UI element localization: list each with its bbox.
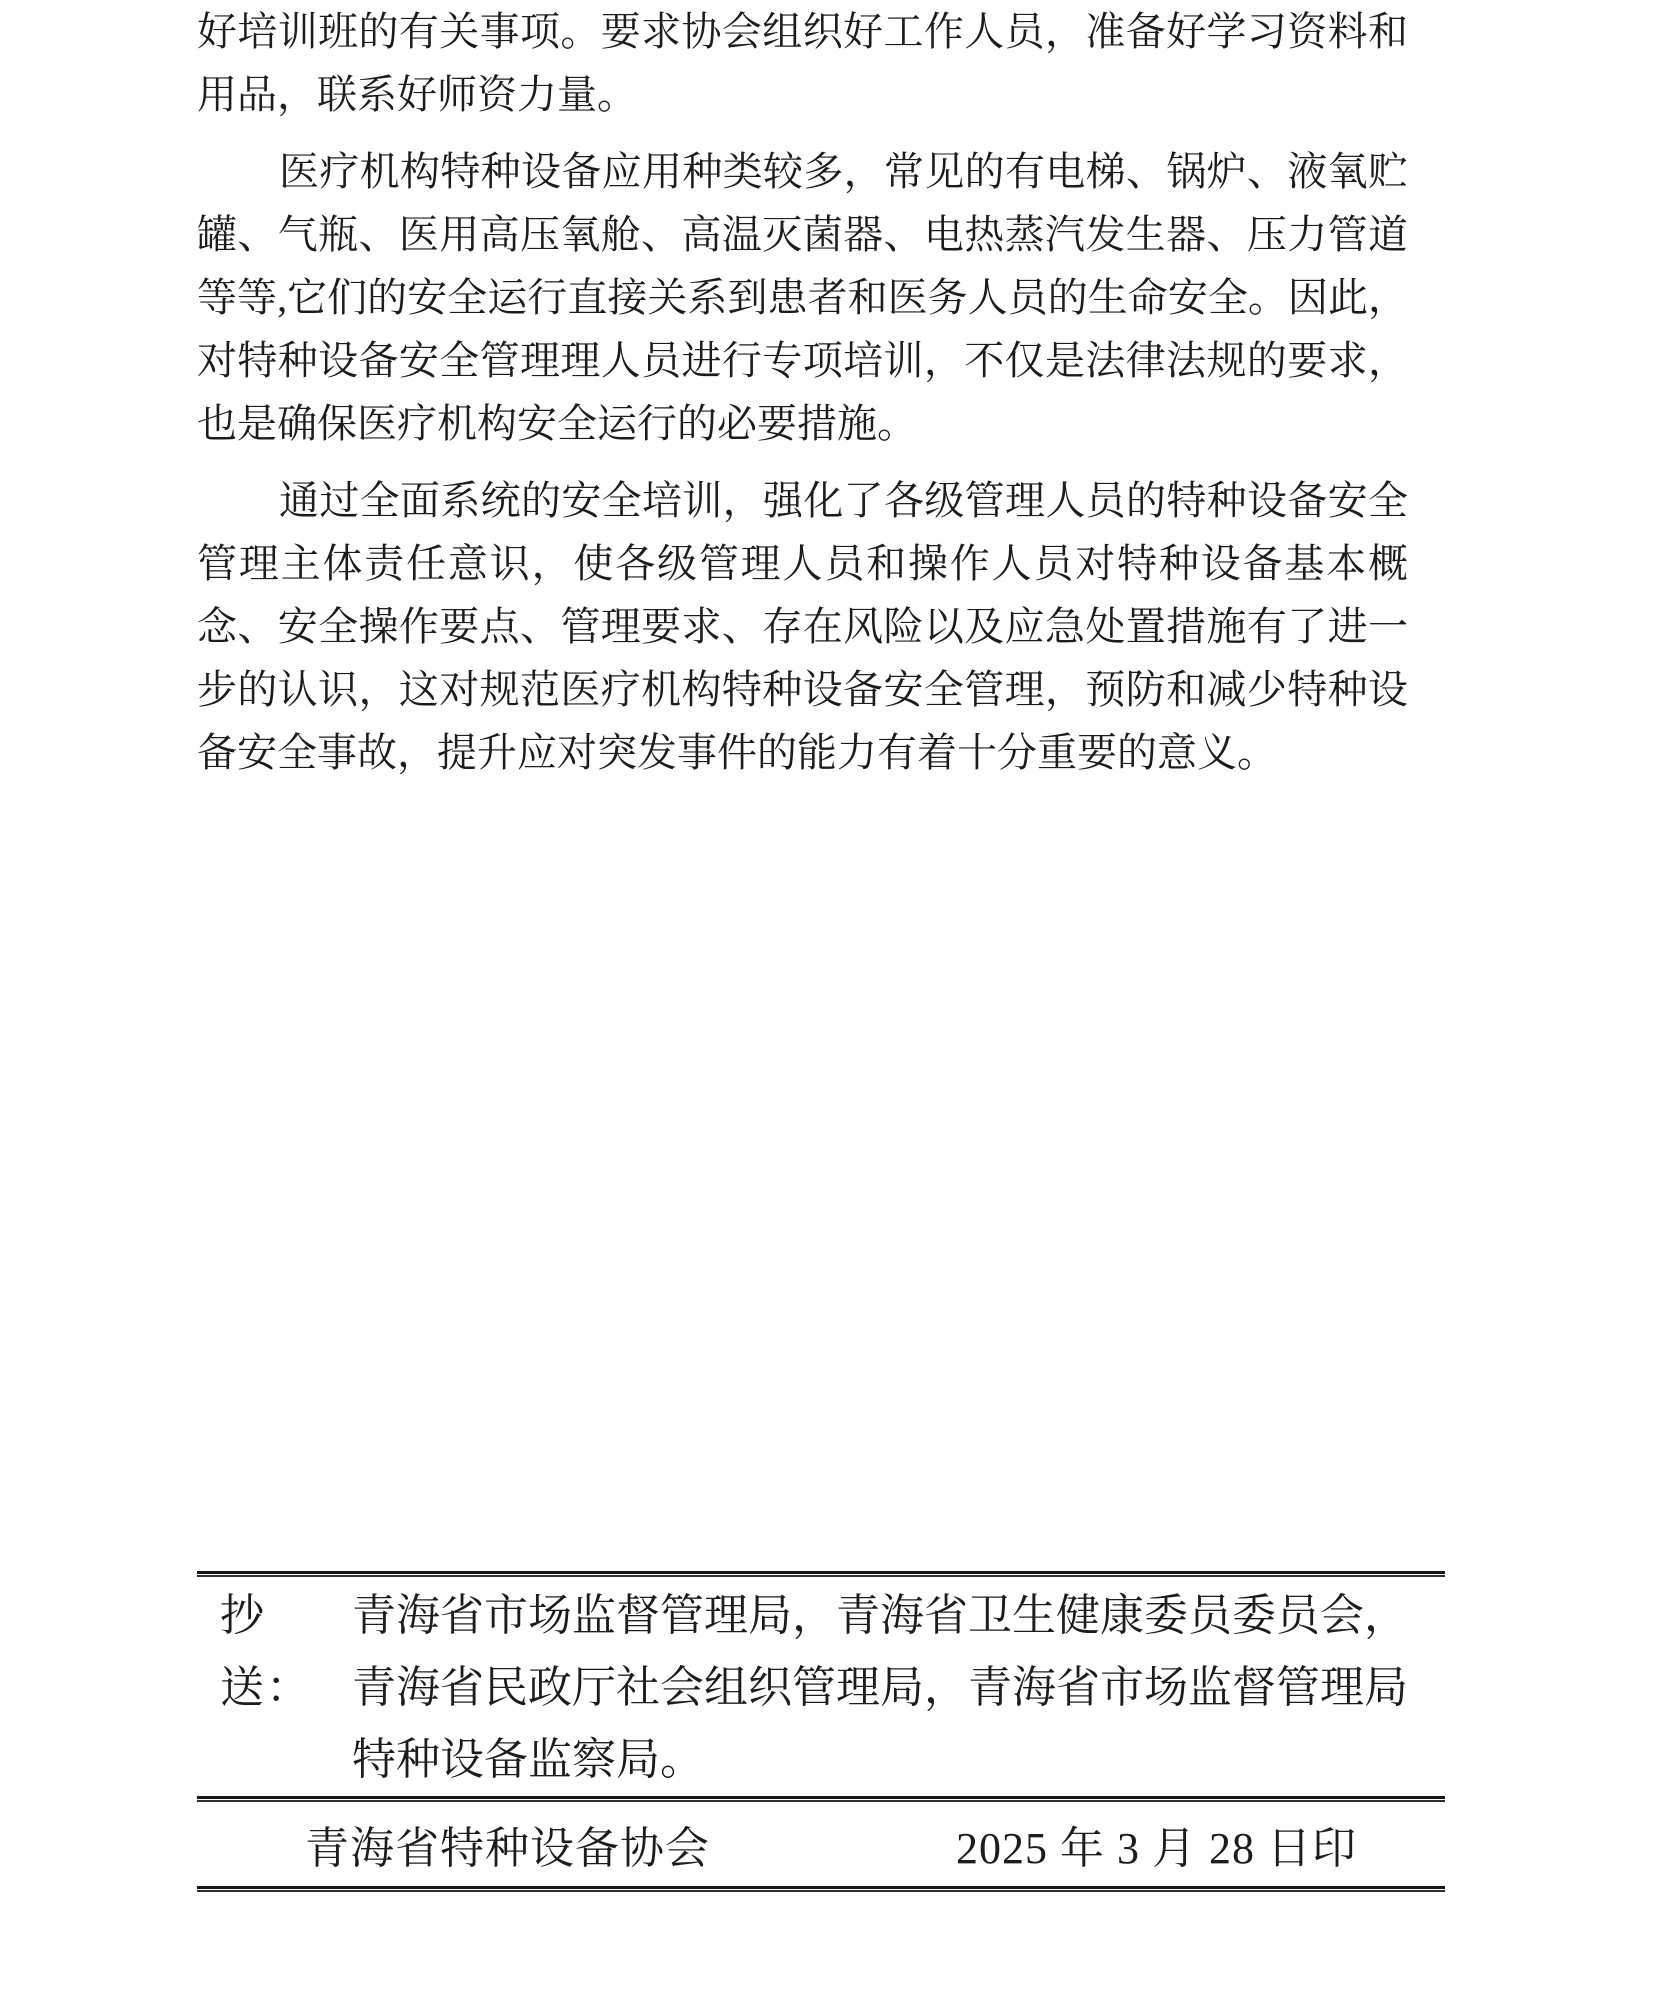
body-line: 好培训班的有关事项。要求协会组织好工作人员，准备好学习资料和 [197,0,1408,63]
document-page: { "page": { "background": "#ffffff", "te… [0,0,1653,1995]
body-line: 备安全事故，提升应对突发事件的能力有着十分重要的意义。 [197,721,1408,784]
separator-rule-top [197,1571,1445,1577]
cc-block: 抄送： 青海省市场监督管理局，青海省卫生健康委员委员会， 青海省民政厅社会组织管… [197,1580,1445,1796]
print-date: 2025 年 3 月 28 日印 [956,1812,1357,1876]
body-line: 等等,它们的安全运行直接关系到患者和医务人员的生命安全。因此， [197,266,1408,329]
body-line: 管理主体责任意识，使各级管理人员和操作人员对特种设备基本概 [197,532,1408,595]
cc-line: 特种设备监察局。 [352,1724,1445,1796]
paragraph-2: 医疗机构特种设备应用种类较多，常见的有电梯、锅炉、液氧贮 罐、气瓶、医用高压氧舱… [197,140,1408,455]
document-footer: 抄送： 青海省市场监督管理局，青海省卫生健康委员委员会， 青海省民政厅社会组织管… [197,1571,1445,1892]
cc-line: 青海省市场监督管理局，青海省卫生健康委员委员会， [352,1580,1445,1652]
paragraph-1: 好培训班的有关事项。要求协会组织好工作人员，准备好学习资料和 用品，联系好师资力… [197,0,1408,126]
issuer-row: 青海省特种设备协会 2025 年 3 月 28 日印 [197,1802,1445,1886]
body-line: 步的认识，这对规范医疗机构特种设备安全管理，预防和减少特种设 [197,658,1408,721]
paragraph-3: 通过全面系统的安全培训，强化了各级管理人员的特种设备安全 管理主体责任意识，使各… [197,469,1408,784]
body-line: 念、安全操作要点、管理要求、存在风险以及应急处置措施有了进一 [197,595,1408,658]
document-body: 好培训班的有关事项。要求协会组织好工作人员，准备好学习资料和 用品，联系好师资力… [197,0,1408,784]
body-line: 医疗机构特种设备应用种类较多，常见的有电梯、锅炉、液氧贮 [197,140,1408,203]
body-line: 通过全面系统的安全培训，强化了各级管理人员的特种设备安全 [197,469,1408,532]
separator-rule-middle [197,1796,1445,1802]
body-line: 罐、气瓶、医用高压氧舱、高温灭菌器、电热蒸汽发生器、压力管道 [197,203,1408,266]
body-line: 也是确保医疗机构安全运行的必要措施。 [197,392,1408,455]
issuer-name: 青海省特种设备协会 [305,1812,710,1876]
cc-recipients: 青海省市场监督管理局，青海省卫生健康委员委员会， 青海省民政厅社会组织管理局，青… [352,1580,1445,1796]
separator-rule-bottom [197,1886,1445,1892]
body-line: 用品，联系好师资力量。 [197,63,1408,126]
cc-label: 抄送： [197,1580,352,1724]
body-line: 对特种设备安全管理理人员进行专项培训，不仅是法律法规的要求， [197,329,1408,392]
cc-line: 青海省民政厅社会组织管理局，青海省市场监督管理局 [352,1652,1445,1724]
